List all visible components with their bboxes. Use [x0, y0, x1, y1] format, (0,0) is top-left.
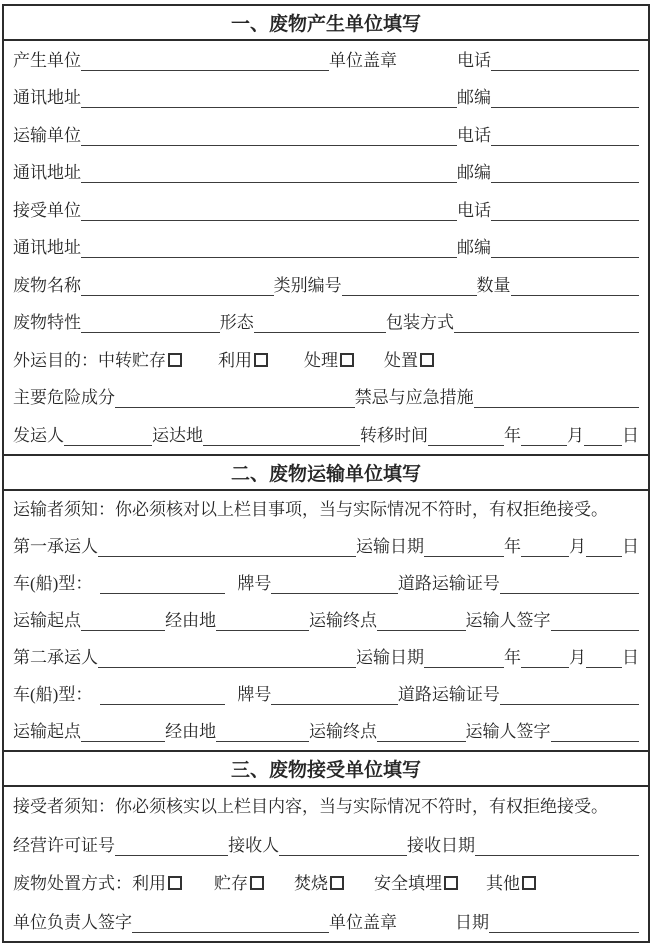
receiver-label: 接受单位: [13, 202, 81, 221]
physical-form-label: 形态: [220, 314, 254, 333]
producer-fill-line[interactable]: [81, 66, 329, 71]
receive-date-fill-line[interactable]: [475, 851, 639, 856]
receiver-notice-row: 接受者须知：你必须核实以上栏目内容，当与实际情况不符时，有权拒绝接受。: [4, 787, 648, 826]
unit-seal-label: 单位盖章: [329, 52, 397, 71]
responsible-signature-label: 单位负责人签字: [13, 914, 132, 933]
shipper-row: 发运人 运达地 转移时间 年 月 日: [4, 416, 648, 454]
purpose-label: 外运目的：: [13, 352, 98, 371]
emergency-fill-line[interactable]: [474, 403, 639, 408]
transport-month-fill-line-2[interactable]: [521, 663, 569, 668]
transporter-notice: 运输者须知：你必须核对以上栏目事项，当与实际情况不符时，有权拒绝接受。: [13, 501, 608, 520]
license-no-fill-line[interactable]: [115, 851, 228, 856]
recipient-label: 接收人: [228, 837, 279, 856]
transport-month-fill-line-1[interactable]: [521, 552, 569, 557]
transport-year-fill-line-2[interactable]: [424, 663, 504, 668]
origin-label-2: 运输起点: [13, 723, 81, 742]
responsible-signature-fill-line[interactable]: [132, 928, 329, 933]
first-carrier-label: 第一承运人: [13, 538, 98, 557]
terminal-label-2: 运输终点: [309, 723, 377, 742]
purpose-row: 外运目的： 中转贮存 利用 处理 处置: [4, 341, 648, 379]
transport-date-label-2: 运输日期: [356, 649, 424, 668]
waste-name-label: 废物名称: [13, 277, 81, 296]
transporter-zip-fill-line[interactable]: [491, 178, 639, 183]
via-fill-line-1[interactable]: [216, 626, 309, 631]
year-label-1: 年: [504, 538, 521, 557]
license-row: 经营许可证号 接收人 接收日期: [4, 825, 648, 864]
transfer-day-fill-line[interactable]: [584, 441, 622, 446]
terminal-fill-line-2[interactable]: [377, 737, 466, 742]
road-permit-fill-line-1[interactable]: [500, 589, 639, 594]
month-label-1: 月: [569, 538, 586, 557]
plate-no-fill-line-1[interactable]: [271, 589, 398, 594]
transporter-address-fill-line[interactable]: [81, 178, 457, 183]
waste-characteristic-row: 废物特性 形态 包装方式: [4, 304, 648, 342]
license-no-label: 经营许可证号: [13, 837, 115, 856]
terminal-fill-line-1[interactable]: [377, 626, 466, 631]
transporter-notice-row: 运输者须知：你必须核对以上栏目事项，当与实际情况不符时，有权拒绝接受。: [4, 491, 648, 528]
transfer-year-fill-line[interactable]: [428, 441, 504, 446]
road-permit-label-2: 道路运输证号: [398, 686, 500, 705]
carrier-signature-label-2: 运输人签字: [466, 723, 551, 742]
disposal-option-storage: 贮存: [214, 875, 264, 894]
spacer: [397, 932, 455, 933]
transfer-storage-label: 中转贮存: [98, 351, 166, 370]
section3-title: 三、废物接受单位填写: [231, 755, 421, 782]
shipper-label: 发运人: [13, 427, 64, 446]
disposal-option-other: 其他: [486, 875, 536, 894]
plate-no-fill-line-2[interactable]: [271, 700, 398, 705]
route-row-2: 运输起点 经由地 运输终点 运输人签字: [4, 713, 648, 750]
receiver-phone-label: 电话: [457, 202, 491, 221]
first-carrier-fill-line[interactable]: [98, 552, 356, 557]
route-row-1: 运输起点 经由地 运输终点 运输人签字: [4, 602, 648, 639]
transfer-month-fill-line[interactable]: [521, 441, 567, 446]
day-label-2: 日: [622, 649, 639, 668]
quantity-fill-line[interactable]: [511, 291, 639, 296]
disposal-use-checkbox[interactable]: [168, 876, 182, 890]
disposal-method-label: 废物处置方式：: [13, 875, 132, 894]
year-label-2: 年: [504, 649, 521, 668]
transporter-address-label: 通讯地址: [13, 164, 81, 183]
purpose-option-disposal: 处置: [384, 352, 434, 371]
transporter-phone-fill-line[interactable]: [491, 141, 639, 146]
emergency-label: 禁忌与应急措施: [355, 389, 474, 408]
origin-fill-line-2[interactable]: [81, 737, 165, 742]
quantity-label: 数量: [477, 277, 511, 296]
transport-year-fill-line-1[interactable]: [424, 552, 504, 557]
receiver-phone-fill-line[interactable]: [491, 216, 639, 221]
vehicle-row-1: 车(船)型： 牌号 道路运输证号: [4, 565, 648, 602]
producer-zip-fill-line[interactable]: [491, 103, 639, 108]
receiver-zip-fill-line[interactable]: [491, 253, 639, 258]
terminal-label-1: 运输终点: [309, 612, 377, 631]
packing-fill-line[interactable]: [454, 328, 639, 333]
date-label: 日期: [455, 914, 489, 933]
section2-header: 二、废物运输单位填写: [4, 454, 648, 491]
receiver-address-row: 通讯地址 邮编: [4, 229, 648, 267]
section2-title: 二、废物运输单位填写: [231, 459, 421, 486]
disposal-label: 处置: [384, 351, 418, 370]
second-carrier-row: 第二承运人 运输日期 年 月 日: [4, 639, 648, 676]
day-label-1: 日: [622, 538, 639, 557]
receiver-address-label: 通讯地址: [13, 239, 81, 258]
disposal-landfill-label: 安全填埋: [374, 874, 442, 893]
transporter-row: 运输单位 电话: [4, 116, 648, 154]
physical-form-fill-line[interactable]: [254, 328, 386, 333]
producer-phone-fill-line[interactable]: [491, 66, 639, 71]
vehicle-type-label-1: 车(船)型：: [13, 575, 92, 594]
hazard-fill-line[interactable]: [115, 403, 355, 408]
carrier-signature-label-1: 运输人签字: [466, 612, 551, 631]
road-permit-label-1: 道路运输证号: [398, 575, 500, 594]
transporter-fill-line[interactable]: [81, 141, 457, 146]
producer-address-fill-line[interactable]: [81, 103, 457, 108]
recipient-fill-line[interactable]: [279, 851, 407, 856]
producer-address-label: 通讯地址: [13, 89, 81, 108]
transfer-time-label: 转移时间: [360, 427, 428, 446]
transporter-address-row: 通讯地址 邮编: [4, 154, 648, 192]
disposal-storage-label: 贮存: [214, 874, 248, 893]
waste-characteristic-fill-line[interactable]: [81, 328, 220, 333]
destination-label: 运达地: [152, 427, 203, 446]
origin-label-1: 运输起点: [13, 612, 81, 631]
month-label: 月: [567, 427, 584, 446]
receiver-notice: 接受者须知：你必须核实以上栏目内容，当与实际情况不符时，有权拒绝接受。: [13, 798, 608, 817]
disposal-option-landfill: 安全填埋: [374, 875, 458, 894]
disposal-option-use: 利用: [132, 875, 182, 894]
spacer: [397, 70, 457, 71]
receiver-zip-label: 邮编: [457, 239, 491, 258]
transporter-zip-label: 邮编: [457, 164, 491, 183]
plate-no-label-1: 牌号: [237, 575, 271, 594]
use-label: 利用: [218, 351, 252, 370]
transport-day-fill-line-1[interactable]: [586, 552, 622, 557]
via-label-2: 经由地: [165, 723, 216, 742]
date-fill-line[interactable]: [489, 928, 639, 933]
producer-row: 产生单位 单位盖章 电话: [4, 41, 648, 79]
waste-name-row: 废物名称 类别编号 数量: [4, 266, 648, 304]
section1-header: 一、废物产生单位填写: [4, 6, 648, 41]
section3-body: 接受者须知：你必须核实以上栏目内容，当与实际情况不符时，有权拒绝接受。 经营许可…: [4, 787, 648, 941]
transporter-phone-label: 电话: [457, 127, 491, 146]
day-label: 日: [622, 427, 639, 446]
purpose-option-use: 利用: [218, 352, 268, 371]
section1-body: 产生单位 单位盖章 电话 通讯地址 邮编 运输单位 电话 通讯地址 邮编 接受: [4, 41, 648, 454]
year-label: 年: [504, 427, 521, 446]
purpose-option-transfer-storage: 中转贮存: [98, 352, 182, 371]
producer-phone-label: 电话: [457, 52, 491, 71]
unit-seal-label-3: 单位盖章: [329, 914, 397, 933]
producer-zip-label: 邮编: [457, 89, 491, 108]
category-no-label: 类别编号: [274, 277, 342, 296]
packing-label: 包装方式: [386, 314, 454, 333]
disposal-storage-checkbox[interactable]: [250, 876, 264, 890]
disposal-incineration-label: 焚烧: [294, 874, 328, 893]
section2-body: 运输者须知：你必须核对以上栏目事项，当与实际情况不符时，有权拒绝接受。 第一承运…: [4, 491, 648, 750]
disposal-use-label: 利用: [132, 874, 166, 893]
purpose-option-treatment: 处理: [304, 352, 354, 371]
disposal-row: 废物处置方式： 利用 贮存 焚烧 安全填埋 其他: [4, 864, 648, 903]
section3-header: 三、废物接受单位填写: [4, 750, 648, 787]
plate-no-label-2: 牌号: [237, 686, 271, 705]
carrier-signature-fill-line-1[interactable]: [551, 626, 640, 631]
section1-title: 一、废物产生单位填写: [231, 9, 421, 36]
transfer-storage-checkbox[interactable]: [168, 353, 182, 367]
via-label-1: 经由地: [165, 612, 216, 631]
second-carrier-fill-line[interactable]: [98, 663, 356, 668]
hazardous-waste-transfer-form: 一、废物产生单位填写 产生单位 单位盖章 电话 通讯地址 邮编 运输单位 电话 …: [2, 4, 650, 943]
treatment-checkbox[interactable]: [340, 353, 354, 367]
responsible-signature-row: 单位负责人签字 单位盖章 日期: [4, 902, 648, 941]
hazard-label: 主要危险成分: [13, 389, 115, 408]
road-permit-fill-line-2[interactable]: [500, 700, 639, 705]
second-carrier-label: 第二承运人: [13, 649, 98, 668]
vehicle-row-2: 车(船)型： 牌号 道路运输证号: [4, 676, 648, 713]
receiver-row: 接受单位 电话: [4, 191, 648, 229]
vehicle-type-label-2: 车(船)型：: [13, 686, 92, 705]
first-carrier-row: 第一承运人 运输日期 年 月 日: [4, 528, 648, 565]
via-fill-line-2[interactable]: [216, 737, 309, 742]
carrier-signature-fill-line-2[interactable]: [551, 737, 640, 742]
receive-date-label: 接收日期: [407, 837, 475, 856]
hazard-row: 主要危险成分 禁忌与应急措施: [4, 379, 648, 417]
receiver-fill-line[interactable]: [81, 216, 457, 221]
disposal-checkbox[interactable]: [420, 353, 434, 367]
month-label-2: 月: [569, 649, 586, 668]
disposal-option-incineration: 焚烧: [294, 875, 344, 894]
waste-name-fill-line[interactable]: [81, 291, 274, 296]
vehicle-type-fill-line-2[interactable]: [100, 700, 225, 705]
disposal-other-checkbox[interactable]: [522, 876, 536, 890]
receiver-address-fill-line[interactable]: [81, 253, 457, 258]
producer-address-row: 通讯地址 邮编: [4, 79, 648, 117]
disposal-landfill-checkbox[interactable]: [444, 876, 458, 890]
origin-fill-line-1[interactable]: [81, 626, 165, 631]
waste-characteristic-label: 废物特性: [13, 314, 81, 333]
producer-label: 产生单位: [13, 52, 81, 71]
transporter-label: 运输单位: [13, 127, 81, 146]
destination-fill-line[interactable]: [203, 441, 360, 446]
treatment-label: 处理: [304, 351, 338, 370]
shipper-fill-line[interactable]: [64, 441, 152, 446]
vehicle-type-fill-line-1[interactable]: [100, 589, 225, 594]
transport-date-label-1: 运输日期: [356, 538, 424, 557]
category-no-fill-line[interactable]: [342, 291, 477, 296]
disposal-other-label: 其他: [486, 874, 520, 893]
use-checkbox[interactable]: [254, 353, 268, 367]
transport-day-fill-line-2[interactable]: [586, 663, 622, 668]
disposal-incineration-checkbox[interactable]: [330, 876, 344, 890]
